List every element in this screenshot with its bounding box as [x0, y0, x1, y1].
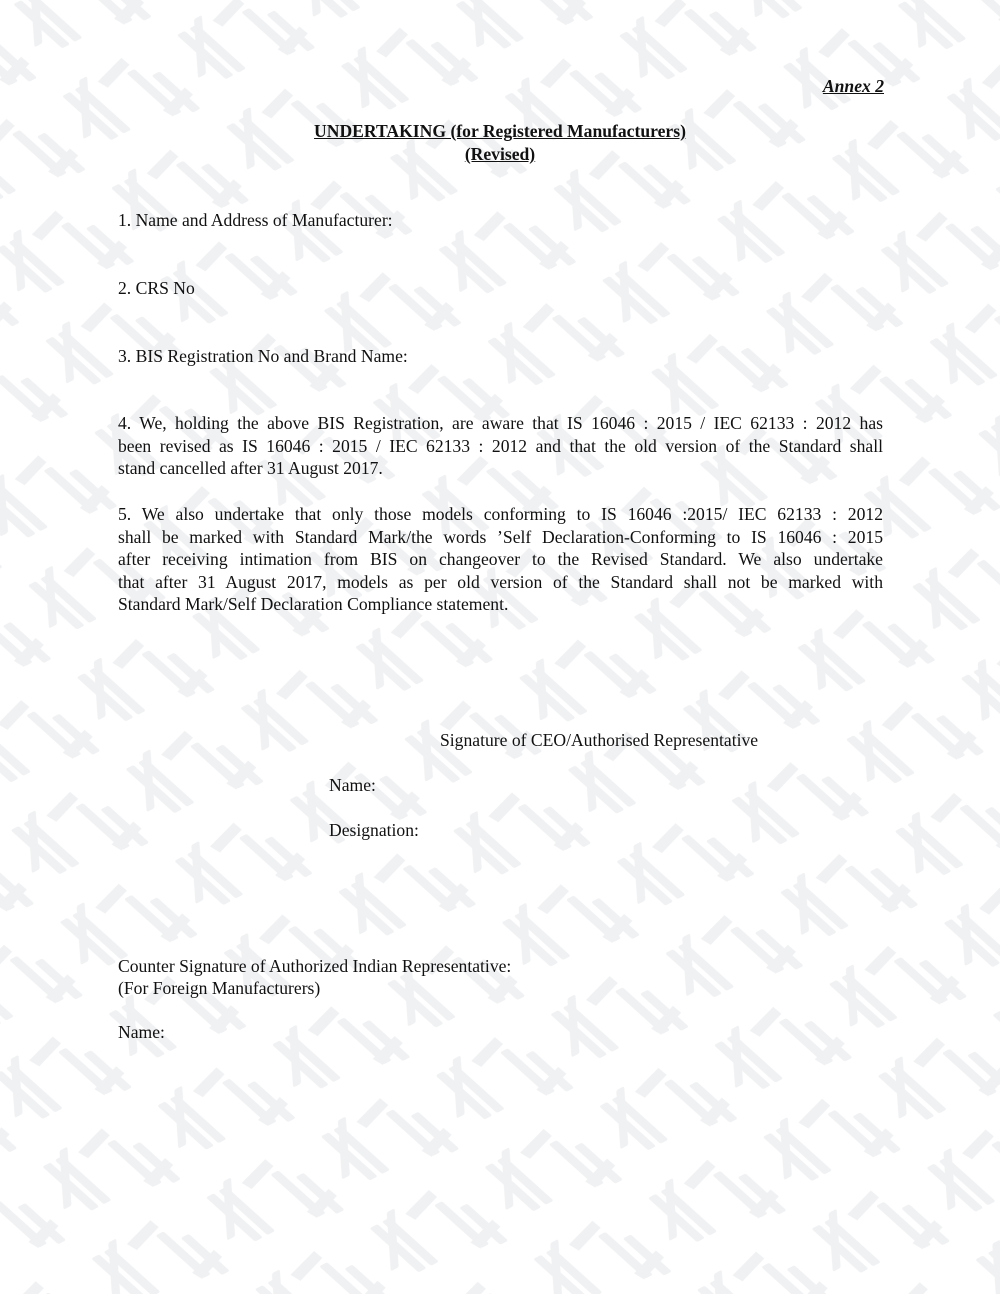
- document-page: Annex 2 UNDERTAKING (for Registered Manu…: [0, 0, 1000, 1294]
- counter-signature-note: (For Foreign Manufacturers): [118, 977, 320, 999]
- counter-signatory-name-label: Name:: [118, 1021, 165, 1043]
- field-manufacturer-name-address: 1. Name and Address of Manufacturer:: [118, 209, 393, 231]
- paragraph-line: 4. We, holding the above BIS Registratio…: [118, 412, 883, 435]
- paragraph-5-undertaking: 5. We also undertake that only those mod…: [118, 503, 883, 616]
- signature-label: Signature of CEO/Authorised Representati…: [440, 729, 758, 751]
- annex-label: Annex 2: [823, 75, 884, 97]
- field-crs-no: 2. CRS No: [118, 277, 195, 299]
- paragraph-line: been revised as IS 16046 : 2015 / IEC 62…: [118, 435, 883, 458]
- page-title: UNDERTAKING (for Registered Manufacturer…: [0, 120, 1000, 142]
- paragraph-line: Standard Mark/Self Declaration Complianc…: [118, 593, 883, 616]
- signatory-designation-label: Designation:: [329, 819, 419, 841]
- counter-signature-label: Counter Signature of Authorized Indian R…: [118, 955, 511, 977]
- paragraph-line: stand cancelled after 31 August 2017.: [118, 457, 883, 480]
- field-bis-registration-brand: 3. BIS Registration No and Brand Name:: [118, 345, 408, 367]
- paragraph-line: after receiving intimation from BIS on c…: [118, 548, 883, 571]
- paragraph-line: that after 31 August 2017, models as per…: [118, 571, 883, 594]
- paragraph-4-awareness: 4. We, holding the above BIS Registratio…: [118, 412, 883, 480]
- signatory-name-label: Name:: [329, 774, 376, 796]
- paragraph-line: shall be marked with Standard Mark/the w…: [118, 526, 883, 549]
- paragraph-line: 5. We also undertake that only those mod…: [118, 503, 883, 526]
- page-subtitle: (Revised): [0, 143, 1000, 165]
